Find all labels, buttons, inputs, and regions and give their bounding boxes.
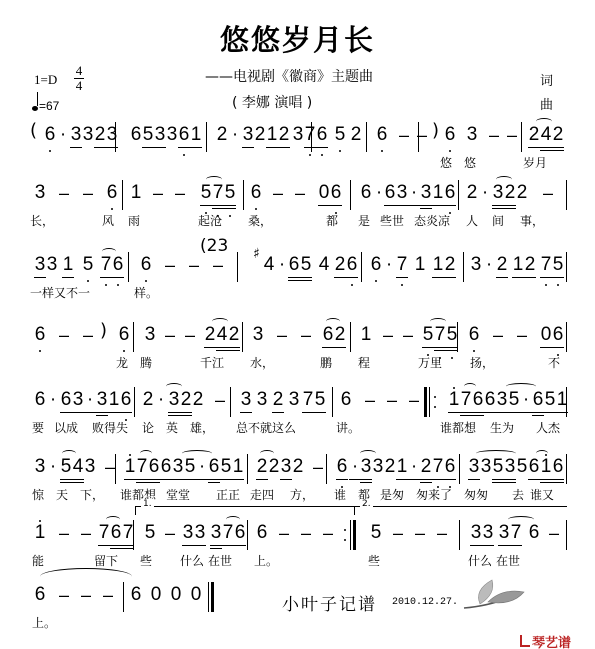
note: 3	[84, 456, 96, 478]
transcription-date: 2010.12.27.	[392, 597, 458, 608]
barline	[566, 454, 567, 484]
underline	[544, 412, 556, 413]
underline	[432, 277, 444, 278]
barline	[326, 454, 327, 484]
barline	[566, 180, 567, 210]
slur	[206, 176, 222, 183]
underline	[552, 482, 564, 483]
note: 6	[360, 182, 372, 204]
lyric: 匆匆	[464, 486, 488, 503]
tie	[40, 568, 132, 585]
underline	[384, 205, 396, 206]
barline	[242, 322, 243, 352]
lyric: 样。	[134, 284, 158, 301]
note: 6	[384, 182, 396, 204]
note: 3	[106, 124, 118, 146]
sustain-dash: –	[398, 124, 410, 146]
lyric: 在世	[208, 552, 232, 569]
slur	[326, 318, 340, 325]
note: 2	[466, 182, 478, 204]
note: 6	[148, 456, 160, 478]
underline	[160, 479, 172, 480]
dot-rhythm: ·	[408, 182, 420, 204]
underline	[484, 412, 496, 413]
underline	[168, 412, 180, 413]
underline	[552, 150, 564, 151]
slur	[140, 450, 152, 457]
lyric: 败得失	[92, 419, 128, 436]
lyric: 英	[166, 419, 178, 436]
note: 3	[72, 389, 84, 411]
pickup-notes: (23	[200, 236, 228, 256]
underline	[256, 479, 268, 480]
underline	[504, 479, 516, 480]
lyric: 不	[548, 354, 560, 371]
note: 3	[96, 389, 108, 411]
underline	[314, 412, 326, 413]
sustain-dash: –	[102, 584, 114, 606]
note: 6	[250, 182, 262, 204]
note: 6	[468, 324, 480, 346]
low-octave-dot	[381, 150, 383, 152]
underline	[508, 412, 520, 413]
lyric: 要	[32, 419, 44, 436]
note: 3	[252, 324, 264, 346]
sustain-dash: –	[542, 182, 554, 204]
sustain-dash: –	[272, 182, 284, 204]
underline	[72, 412, 84, 413]
lyric: 什么	[468, 552, 492, 569]
lyric: 谁又	[530, 486, 554, 503]
note: 6	[130, 584, 142, 606]
repeat-end-thin	[350, 520, 351, 550]
note: 3	[492, 182, 504, 204]
underline	[318, 205, 330, 206]
sustain-dash: –	[164, 324, 176, 346]
note: 5	[492, 456, 504, 478]
dot-rhythm: ·	[84, 389, 96, 411]
score-line: 3––61––5756––066·63·3162·322–长，风雨起沧桑，都是些…	[0, 178, 595, 228]
note: 2	[204, 324, 216, 346]
sustain-dash: –	[58, 324, 70, 346]
sustain-dash: –	[174, 182, 186, 204]
barline	[458, 180, 459, 210]
underline	[434, 350, 446, 351]
repeat-start-thick	[424, 387, 427, 417]
note: 6	[376, 124, 388, 146]
barline	[134, 387, 135, 417]
underline	[224, 205, 236, 206]
note: 3	[480, 456, 492, 478]
underline	[330, 205, 342, 206]
underline	[110, 545, 122, 546]
lyric: 雄，	[190, 419, 214, 436]
underline	[112, 277, 124, 278]
lyric: 是匆	[380, 486, 404, 503]
lyric: 悠	[464, 154, 476, 171]
note: 3	[242, 124, 254, 146]
note: 1	[556, 389, 568, 411]
barline	[566, 520, 567, 550]
underline	[334, 277, 346, 278]
slur	[508, 516, 534, 523]
sustain-dash: –	[212, 254, 224, 276]
dot-rhythm: ·	[229, 124, 241, 146]
note: 6	[322, 324, 334, 346]
slur	[464, 383, 476, 390]
note: 3	[172, 456, 184, 478]
lyric: 间	[492, 212, 504, 229]
slur	[102, 248, 116, 255]
time-signature-top: 4	[74, 64, 84, 78]
note: 1	[62, 254, 74, 276]
lyric: 事，	[520, 212, 544, 229]
sustain-dash: –	[152, 182, 164, 204]
note: 3	[34, 182, 46, 204]
note: 6	[346, 254, 358, 276]
sustain-dash: –	[80, 522, 92, 544]
volta2-bracket: 2.	[354, 506, 567, 515]
low-octave-dot	[117, 284, 119, 286]
underline	[288, 280, 300, 281]
underline	[524, 277, 536, 278]
sustain-dash: –	[408, 389, 420, 411]
note: 7	[540, 254, 552, 276]
note: 6	[118, 324, 130, 346]
sustain-dash: –	[300, 522, 312, 544]
note: 5	[552, 254, 564, 276]
underline	[492, 479, 504, 480]
note: 1	[448, 389, 460, 411]
note: 3	[466, 124, 478, 146]
underline	[346, 277, 358, 278]
note: 3	[194, 522, 206, 544]
note: 3	[292, 124, 304, 146]
sharp-icon: ♯	[253, 246, 260, 262]
score-title: 悠悠岁月长	[0, 18, 595, 59]
note: 6	[330, 182, 342, 204]
key-signature: 1=D	[34, 72, 57, 88]
note: 3	[360, 456, 372, 478]
underline	[556, 412, 568, 413]
slur	[536, 450, 548, 457]
note: 2	[256, 456, 268, 478]
underline	[540, 277, 552, 278]
parenthesis: )	[100, 320, 107, 341]
lyric: 谁都想	[440, 419, 476, 436]
lyric: 讲。	[336, 419, 360, 436]
barline	[366, 122, 367, 152]
note: 1	[232, 456, 244, 478]
leaf-icon	[458, 576, 528, 612]
underline	[396, 205, 408, 206]
lyric: 天	[56, 486, 68, 503]
underline	[334, 347, 346, 348]
underline	[136, 482, 148, 483]
underline	[304, 147, 316, 148]
slur	[212, 318, 228, 325]
sustain-dash: –	[58, 584, 70, 606]
low-octave-dot	[229, 215, 231, 217]
parenthesis: (	[30, 120, 37, 141]
lyric: 什么	[180, 552, 204, 569]
lyric: 些	[140, 552, 152, 569]
note: 3	[166, 124, 178, 146]
sustain-dash: –	[276, 324, 288, 346]
barline	[459, 520, 460, 550]
lyric: 程	[358, 354, 370, 371]
underline	[532, 412, 544, 413]
underline	[212, 205, 224, 206]
low-octave-dot	[123, 350, 125, 352]
tempo-value: =67	[39, 99, 59, 113]
lyric: 人	[466, 212, 478, 229]
dot-rhythm: ·	[408, 456, 420, 478]
underline	[148, 482, 160, 483]
underline	[336, 479, 348, 480]
sustain-dash: –	[402, 324, 414, 346]
underline	[96, 415, 108, 416]
dot-rhythm: ·	[47, 456, 59, 478]
note: 4	[263, 254, 275, 276]
note: 7	[460, 389, 472, 411]
sustain-dash: –	[58, 182, 70, 204]
note: 3	[82, 124, 94, 146]
lyric: 以成	[54, 419, 78, 436]
underline	[182, 545, 194, 546]
transcriber-signature: 小叶子记谱	[282, 590, 377, 615]
barline	[350, 180, 351, 210]
lyric: 人杰	[536, 419, 560, 436]
underline	[552, 347, 564, 348]
note: 3	[468, 456, 480, 478]
dot-rhythm: ·	[196, 456, 208, 478]
lyric: 谁	[334, 486, 346, 503]
low-octave-dot	[375, 280, 377, 282]
lyric: 方，	[290, 486, 314, 503]
underline	[60, 412, 72, 413]
note: 6	[552, 456, 564, 478]
sustain-dash: –	[188, 254, 200, 276]
final-barline-thick	[211, 582, 214, 612]
underline	[178, 147, 190, 148]
underline	[34, 277, 46, 278]
sustain-dash: –	[506, 124, 518, 146]
underline	[498, 545, 510, 546]
slur	[62, 450, 76, 457]
lyric: 去	[512, 486, 524, 503]
lyric: 扬，	[470, 354, 494, 371]
volta1-bracket: 1.	[135, 506, 356, 515]
lyric: 在世	[496, 552, 520, 569]
lyric: 些世	[380, 212, 404, 229]
note: 2	[278, 124, 290, 146]
lyric: 风	[102, 212, 114, 229]
underline	[540, 479, 552, 480]
sustain-dash: –	[184, 324, 196, 346]
underline	[84, 412, 96, 413]
lyric: 惊	[32, 486, 44, 503]
underline	[444, 479, 456, 480]
note: 3	[496, 389, 508, 411]
slur	[226, 516, 240, 523]
underline	[96, 412, 108, 413]
note: 3	[154, 124, 166, 146]
lyric: 能	[32, 552, 44, 569]
note: 6	[34, 584, 46, 606]
underline	[106, 147, 118, 148]
note: 2	[384, 456, 396, 478]
sustain-dash: –	[312, 456, 324, 478]
note: 1	[130, 182, 142, 204]
note: 6	[256, 522, 268, 544]
lyric: 雨	[128, 212, 140, 229]
note: 1	[190, 124, 202, 146]
underline	[72, 482, 84, 483]
note: 2	[142, 389, 154, 411]
sustain-dash: –	[364, 389, 376, 411]
lyric: 水，	[250, 354, 274, 371]
note: 3	[144, 324, 156, 346]
low-octave-dot	[49, 150, 51, 152]
sustain-dash: –	[382, 324, 394, 346]
lyric: 态炎凉	[414, 212, 450, 229]
note: 5	[544, 389, 556, 411]
barline	[332, 387, 333, 417]
underline	[552, 479, 564, 480]
dot-rhythm: ·	[276, 254, 288, 276]
slur	[496, 176, 512, 183]
underline	[420, 208, 432, 209]
underline	[168, 415, 180, 416]
underline	[520, 412, 532, 413]
underline	[70, 147, 82, 148]
barline	[566, 252, 567, 282]
underline	[208, 479, 220, 480]
note: 3	[288, 389, 300, 411]
note: 5	[334, 124, 346, 146]
note: 2	[180, 389, 192, 411]
time-signature-bottom: 4	[74, 79, 84, 93]
barline	[521, 122, 522, 152]
lyric: 岁月	[523, 154, 547, 171]
underline	[492, 208, 504, 209]
note: 7	[304, 124, 316, 146]
score-line: 6·63·3162·322–3323756–––176635·651要以成败得失…	[0, 385, 595, 435]
note: 2	[516, 182, 528, 204]
underline	[504, 208, 516, 209]
note: 6	[234, 522, 246, 544]
underline	[154, 147, 166, 148]
note: 4	[216, 324, 228, 346]
note: 3	[256, 389, 268, 411]
underline	[232, 479, 244, 480]
note: 3	[504, 456, 516, 478]
note: 7	[100, 254, 112, 276]
note: 7	[222, 522, 234, 544]
underline	[210, 545, 222, 546]
underline	[492, 482, 504, 483]
sustain-dash: –	[164, 522, 176, 544]
low-octave-dot	[473, 350, 475, 352]
underline	[540, 147, 552, 148]
low-octave-dot	[87, 280, 89, 282]
note: 1	[108, 389, 120, 411]
final-barline-thin	[208, 582, 209, 612]
note: 2	[552, 124, 564, 146]
underline	[510, 545, 522, 546]
high-octave-dot	[39, 520, 41, 522]
underline	[300, 277, 312, 278]
note: 3	[280, 456, 292, 478]
underline	[208, 482, 220, 483]
underline	[432, 205, 444, 206]
slur	[106, 516, 120, 523]
underline	[200, 205, 212, 206]
underline	[94, 147, 106, 148]
note: 6	[106, 182, 118, 204]
underline	[504, 205, 516, 206]
note: 6	[160, 456, 172, 478]
sustain-dash: –	[300, 324, 312, 346]
note: 1	[360, 324, 372, 346]
underline	[60, 479, 72, 480]
note: 3	[498, 522, 510, 544]
score-line: 6––)63––2423––621––5756––06龙腾千江水，鹏程万里扬，不	[0, 320, 595, 370]
sustain-dash: –	[104, 456, 116, 478]
dot-rhythm: ·	[47, 389, 59, 411]
barline	[237, 252, 238, 282]
underline	[196, 479, 208, 480]
note: 3	[168, 389, 180, 411]
note: 5	[314, 389, 326, 411]
underline	[266, 147, 278, 148]
sustain-dash: –	[516, 324, 528, 346]
barline	[247, 520, 248, 550]
underline	[220, 479, 232, 480]
lyric: 上。	[254, 552, 278, 569]
note: 7	[510, 522, 522, 544]
low-octave-dot	[183, 154, 185, 156]
note: 6	[120, 389, 132, 411]
slur	[476, 450, 516, 457]
note: 3	[34, 254, 46, 276]
lyric: 千江	[200, 354, 224, 371]
note: 4	[318, 254, 330, 276]
lyric: 匆来了	[416, 486, 452, 503]
sustain-dash: –	[322, 522, 334, 544]
low-octave-dot	[557, 284, 559, 286]
barline	[361, 252, 362, 282]
score-line: 3315766–––4♯·654266·71123·21275(23一样又不一样…	[0, 250, 595, 300]
underline	[288, 277, 300, 278]
composer-label: 曲	[540, 94, 553, 118]
low-octave-dot	[449, 150, 451, 152]
underline	[446, 347, 458, 348]
repeat-dot	[344, 539, 346, 541]
low-octave-dot	[255, 208, 257, 210]
slur	[260, 450, 274, 457]
high-octave-dot	[453, 387, 455, 389]
barline	[123, 582, 124, 612]
high-octave-dot	[129, 454, 131, 456]
repeat-dot	[434, 396, 436, 398]
note: 6	[532, 389, 544, 411]
dot-rhythm: ·	[155, 389, 167, 411]
lyric: 走四	[250, 486, 274, 503]
note: 6	[528, 522, 540, 544]
quarter-note-icon	[32, 99, 39, 113]
